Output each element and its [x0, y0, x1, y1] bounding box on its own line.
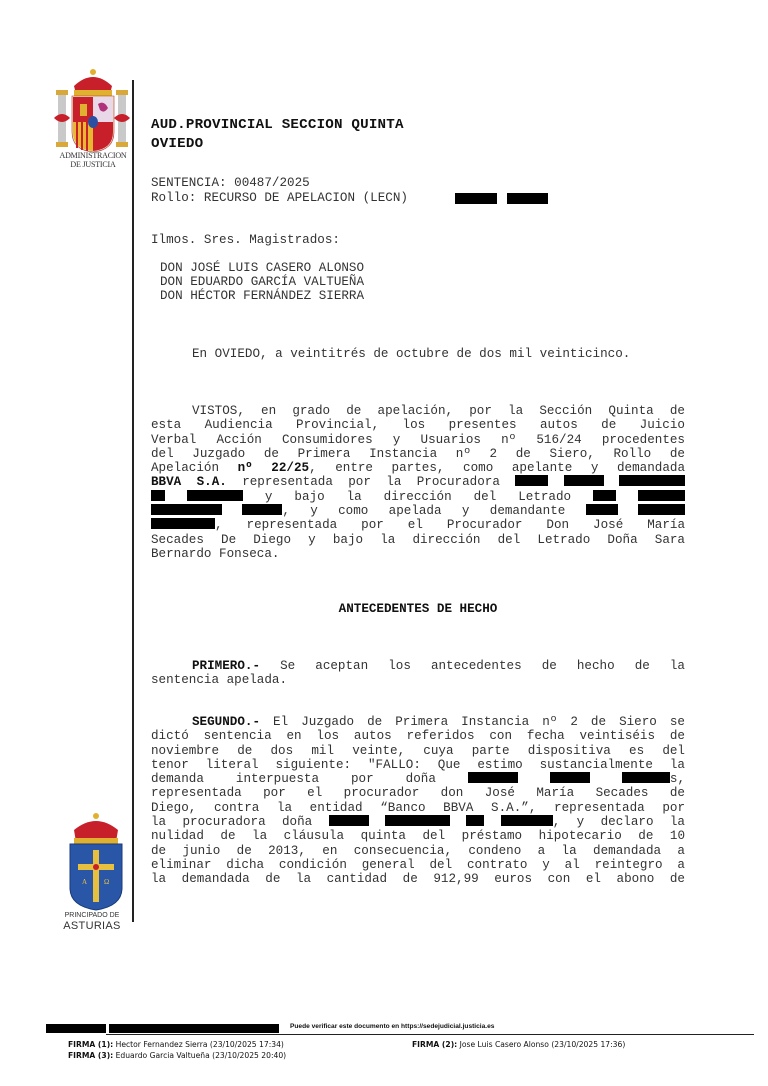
- redaction-box: [151, 518, 215, 529]
- segundo-line: representada por el procurador don José …: [151, 786, 685, 800]
- redaction-box: [109, 1024, 279, 1033]
- signature-2: FIRMA (2): Jose Luis Casero Alonso (23/1…: [412, 1040, 625, 1049]
- segundo-line: nulidad de la cláusula quinta del présta…: [151, 829, 685, 843]
- text-fragment: Apelación: [151, 461, 238, 475]
- signature-label: FIRMA (2):: [412, 1040, 457, 1049]
- segundo-paragraph: SEGUNDO.- El Juzgado de Primera Instanci…: [151, 715, 685, 887]
- text-fragment: y bajo la dirección del Letrado: [265, 490, 571, 504]
- text-fragment: Se aceptan los antecedentes de hecho de …: [260, 659, 685, 673]
- text-fragment: , y como apelada y demandante: [282, 504, 565, 518]
- redaction-box: [455, 193, 497, 204]
- primero-paragraph: PRIMERO.- Se aceptan los antecedentes de…: [151, 659, 685, 688]
- magistrados-label: Ilmos. Sres. Magistrados:: [151, 233, 340, 247]
- primero-line: PRIMERO.- Se aceptan los antecedentes de…: [151, 659, 685, 673]
- primero-label: PRIMERO.-: [192, 659, 260, 673]
- vistos-line: esta Audiencia Provincial, los presentes…: [151, 418, 685, 432]
- magistrado-name: DON EDUARDO GARCÍA VALTUEÑA: [160, 275, 364, 289]
- vistos-line: BBVA S.A. representada por la Procurador…: [151, 475, 685, 489]
- vistos-line: , y como apelada y demandante: [151, 504, 685, 518]
- redaction-box: [638, 504, 685, 515]
- segundo-label: SEGUNDO.-: [192, 715, 260, 729]
- segundo-line: tenor literal siguiente: "FALLO: Que est…: [151, 758, 685, 772]
- margin-divider: [132, 80, 134, 922]
- primero-line: sentencia apelada.: [151, 673, 685, 687]
- document-page: ADMINISTRACION DE JUSTICIA AUD.PROVINCIA…: [0, 0, 768, 1086]
- text-fragment: , representada por el Procurador Don Jos…: [215, 518, 685, 532]
- segundo-line: SEGUNDO.- El Juzgado de Primera Instanci…: [151, 715, 685, 729]
- segundo-line: la procuradora doña , y declaro la: [151, 815, 685, 829]
- redaction-box: [187, 490, 243, 501]
- redaction-box: [329, 815, 369, 826]
- vistos-line: Verbal Acción Consumidores y Usuarios nº…: [151, 433, 685, 447]
- segundo-line: de junio de 2013, en consecuencia, conde…: [151, 844, 685, 858]
- segundo-line: demanda interpuesta por doña s,: [151, 772, 685, 786]
- signature-3: FIRMA (3): Eduardo Garcia Valtueña (23/1…: [68, 1051, 286, 1060]
- logo-caption-line2: ASTURIAS: [56, 921, 128, 931]
- redaction-box: [468, 772, 518, 783]
- svg-text:Ω: Ω: [104, 878, 109, 886]
- logo-caption-administracion: ADMINISTRACION DE JUSTICIA: [52, 151, 134, 169]
- text-fragment: representada por la Procuradora: [227, 475, 500, 489]
- text-fragment: , y declaro la: [553, 815, 685, 829]
- redaction-box: [501, 815, 553, 826]
- vistos-paragraph: VISTOS, en grado de apelación, por la Se…: [151, 404, 685, 561]
- redaction-box: [515, 475, 548, 486]
- appeal-number: nº 22/25: [238, 461, 309, 475]
- signature-value: Jose Luis Casero Alonso (23/10/2025 17:3…: [460, 1040, 626, 1049]
- place-date: En OVIEDO, a veintitrés de octubre de do…: [192, 347, 630, 361]
- footer-divider: [106, 1034, 754, 1035]
- signature-value: Hector Fernandez Sierra (23/10/2025 17:3…: [116, 1040, 284, 1049]
- segundo-line: dictó sentencia en los autos referidos c…: [151, 729, 685, 743]
- text-fragment: s,: [670, 772, 685, 786]
- svg-text:A: A: [82, 878, 87, 886]
- redaction-box: [151, 504, 222, 515]
- text-fragment: demanda interpuesta por doña: [151, 772, 436, 786]
- redaction-box: [151, 490, 165, 501]
- signature-1: FIRMA (1): Hector Fernandez Sierra (23/1…: [68, 1040, 284, 1049]
- redaction-box: [466, 815, 484, 826]
- verification-notice: Puede verificar este documento en https:…: [290, 1023, 494, 1030]
- redaction-box: [550, 772, 590, 783]
- vistos-line: Secades De Diego y bajo la dirección del…: [151, 533, 685, 547]
- vistos-line: , representada por el Procurador Don Jos…: [151, 518, 685, 532]
- text-fragment: , entre partes, como apelante y demandad…: [309, 461, 685, 475]
- vistos-line: VISTOS, en grado de apelación, por la Se…: [151, 404, 685, 418]
- segundo-line: la demandada de la cantidad de 912,99 eu…: [151, 872, 685, 886]
- vistos-line: y bajo la dirección del Letrado: [151, 490, 685, 504]
- vistos-line: Apelación nº 22/25, entre partes, como a…: [151, 461, 685, 475]
- segundo-line: noviembre de dos mil veinte, cuya parte …: [151, 744, 685, 758]
- logo-caption-line1: ADMINISTRACION: [52, 151, 134, 160]
- magistrado-name: DON JOSÉ LUIS CASERO ALONSO: [160, 261, 364, 275]
- vistos-line: Bernardo Fonseca.: [151, 547, 685, 561]
- sentencia-number: SENTENCIA: 00487/2025: [151, 176, 310, 190]
- rollo-text: Rollo: RECURSO DE APELACION (LECN): [151, 191, 408, 205]
- signature-value: Eduardo Garcia Valtueña (23/10/2025 20:4…: [116, 1051, 287, 1060]
- logo-caption-asturias: PRINCIPADO DE ASTURIAS: [56, 911, 128, 931]
- segundo-line: eliminar dicha condición general del con…: [151, 858, 685, 872]
- redaction-box: [619, 475, 685, 486]
- party-name: BBVA S.A.: [151, 475, 227, 489]
- redaction-box: [622, 772, 670, 783]
- text-fragment: El Juzgado de Primera Instancia nº 2 de …: [260, 715, 685, 729]
- redaction-box: [46, 1024, 106, 1033]
- signature-label: FIRMA (1):: [68, 1040, 113, 1049]
- segundo-line: Diego, contra la entidad “Banco BBVA S.A…: [151, 801, 685, 815]
- court-city: OVIEDO: [151, 136, 203, 152]
- vistos-line: del Juzgado de Primera Instancia nº 2 de…: [151, 447, 685, 461]
- redaction-box: [242, 504, 282, 515]
- court-name: AUD.PROVINCIAL SECCION QUINTA: [151, 117, 404, 133]
- redaction-box: [385, 815, 450, 826]
- magistrado-name: DON HÉCTOR FERNÁNDEZ SIERRA: [160, 289, 364, 303]
- redaction-box: [564, 475, 604, 486]
- section-title: ANTECEDENTES DE HECHO: [151, 602, 685, 616]
- redaction-box: [586, 504, 618, 515]
- logo-caption-line2: DE JUSTICIA: [52, 160, 134, 169]
- redaction-box: [593, 490, 616, 501]
- redaction-box: [507, 193, 548, 204]
- text-fragment: la procuradora doña: [151, 815, 312, 829]
- signature-label: FIRMA (3):: [68, 1051, 113, 1060]
- rollo-line: Rollo: RECURSO DE APELACION (LECN): [151, 191, 408, 205]
- redaction-box: [638, 490, 685, 501]
